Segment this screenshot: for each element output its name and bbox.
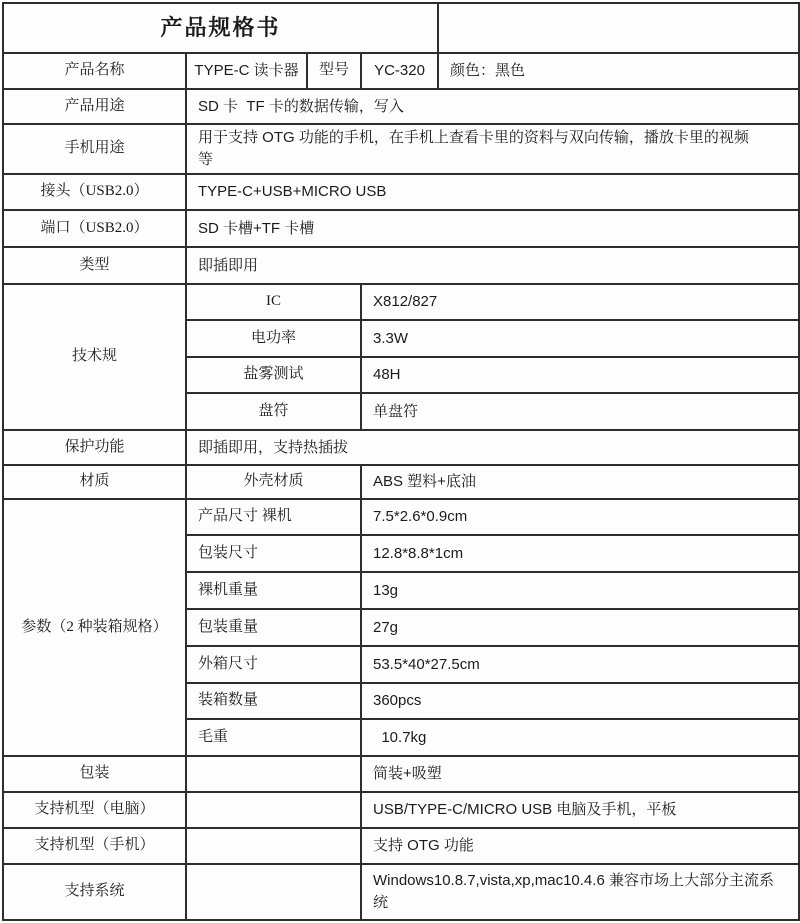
- sub-label: 产品尺寸 裸机: [186, 499, 361, 535]
- sub-label: 毛重: [186, 719, 361, 756]
- row-label: 保护功能: [3, 430, 186, 465]
- row-value: 即插即用，支持热插拔: [186, 430, 799, 465]
- sub-label: 装箱数量: [186, 683, 361, 719]
- sub-value: 3.3W: [361, 320, 799, 357]
- sub-label: 盐雾测试: [186, 357, 361, 393]
- row-value: 支持 OTG 功能: [361, 828, 799, 864]
- row-value: USB/TYPE-C/MICRO USB 电脑及手机，平板: [361, 792, 799, 828]
- row-supported-pc: 支持机型（电脑） USB/TYPE-C/MICRO USB 电脑及手机，平板: [3, 792, 799, 828]
- row-label: 端口（USB2.0）: [3, 210, 186, 247]
- row-value: 即插即用: [186, 247, 799, 284]
- sub-value: 10.7kg: [361, 719, 799, 756]
- sub-value: X812/827: [361, 284, 799, 320]
- model-label: 型号: [307, 53, 361, 89]
- row-packaging: 包装 简装+吸塑: [3, 756, 799, 792]
- model-value: YC-320: [361, 53, 438, 89]
- spec-sheet-page: 产品规格书 产品名称 TYPE-C 读卡器 型号 YC-320 颜色：黑色 产品…: [0, 0, 800, 923]
- empty-sub-cell: [186, 756, 361, 792]
- sub-value: 48H: [361, 357, 799, 393]
- spec-table: 产品规格书 产品名称 TYPE-C 读卡器 型号 YC-320 颜色：黑色 产品…: [2, 2, 800, 921]
- sub-value: ABS 塑料+底油: [361, 465, 799, 499]
- row-label: 产品用途: [3, 89, 186, 124]
- title-row: 产品规格书: [3, 3, 799, 53]
- row-value: Windows10.8.7,vista,xp,mac10.4.6 兼容市场上大部…: [361, 864, 799, 920]
- row-material: 材质 外壳材质 ABS 塑料+底油: [3, 465, 799, 499]
- row-protection: 保护功能 即插即用，支持热插拔: [3, 430, 799, 465]
- sub-label: 包装重量: [186, 609, 361, 646]
- product-row: 产品名称 TYPE-C 读卡器 型号 YC-320 颜色：黑色: [3, 53, 799, 89]
- sub-label: 盘符: [186, 393, 361, 430]
- page-title: 产品规格书: [3, 3, 438, 53]
- row-connector: 接头（USB2.0） TYPE-C+USB+MICRO USB: [3, 174, 799, 210]
- param-row-product-size: 参数（2 种装箱规格） 产品尺寸 裸机 7.5*2.6*0.9cm: [3, 499, 799, 535]
- product-name-value: TYPE-C 读卡器: [186, 53, 307, 89]
- sub-value: 27g: [361, 609, 799, 646]
- material-label: 材质: [3, 465, 186, 499]
- row-value: 用于支持 OTG 功能的手机，在手机上查看卡里的资料与双向传输，播放卡里的视频 …: [186, 124, 799, 174]
- row-label: 包装: [3, 756, 186, 792]
- empty-sub-cell: [186, 792, 361, 828]
- sub-label: 外壳材质: [186, 465, 361, 499]
- sub-label: 包装尺寸: [186, 535, 361, 572]
- row-label: 支持机型（手机）: [3, 828, 186, 864]
- empty-sub-cell: [186, 828, 361, 864]
- sub-label: 电功率: [186, 320, 361, 357]
- row-value: SD 卡 TF 卡的数据传输，写入: [186, 89, 799, 124]
- sub-label: 外箱尺寸: [186, 646, 361, 683]
- sub-value: 12.8*8.8*1cm: [361, 535, 799, 572]
- row-label: 支持机型（电脑）: [3, 792, 186, 828]
- tech-section-label: 技术规: [3, 284, 186, 430]
- empty-sub-cell: [186, 864, 361, 920]
- title-empty-cell: [438, 3, 799, 53]
- row-label: 接头（USB2.0）: [3, 174, 186, 210]
- product-name-label: 产品名称: [3, 53, 186, 89]
- row-supported-os: 支持系统 Windows10.8.7,vista,xp,mac10.4.6 兼容…: [3, 864, 799, 920]
- params-section-label: 参数（2 种装箱规格）: [3, 499, 186, 756]
- row-value: 简装+吸塑: [361, 756, 799, 792]
- row-value: TYPE-C+USB+MICRO USB: [186, 174, 799, 210]
- sub-value: 360pcs: [361, 683, 799, 719]
- sub-value: 单盘符: [361, 393, 799, 430]
- sub-label: IC: [186, 284, 361, 320]
- sub-value: 7.5*2.6*0.9cm: [361, 499, 799, 535]
- row-type: 类型 即插即用: [3, 247, 799, 284]
- sub-value: 13g: [361, 572, 799, 609]
- sub-value: 53.5*40*27.5cm: [361, 646, 799, 683]
- row-label: 类型: [3, 247, 186, 284]
- row-value: SD 卡槽+TF 卡槽: [186, 210, 799, 247]
- row-phone-usage: 手机用途 用于支持 OTG 功能的手机，在手机上查看卡里的资料与双向传输，播放卡…: [3, 124, 799, 174]
- row-port: 端口（USB2.0） SD 卡槽+TF 卡槽: [3, 210, 799, 247]
- row-label: 支持系统: [3, 864, 186, 920]
- row-label: 手机用途: [3, 124, 186, 174]
- color-value: 颜色：黑色: [438, 53, 799, 89]
- sub-label: 裸机重量: [186, 572, 361, 609]
- row-product-usage: 产品用途 SD 卡 TF 卡的数据传输，写入: [3, 89, 799, 124]
- row-supported-phone: 支持机型（手机） 支持 OTG 功能: [3, 828, 799, 864]
- tech-row-ic: 技术规 IC X812/827: [3, 284, 799, 320]
